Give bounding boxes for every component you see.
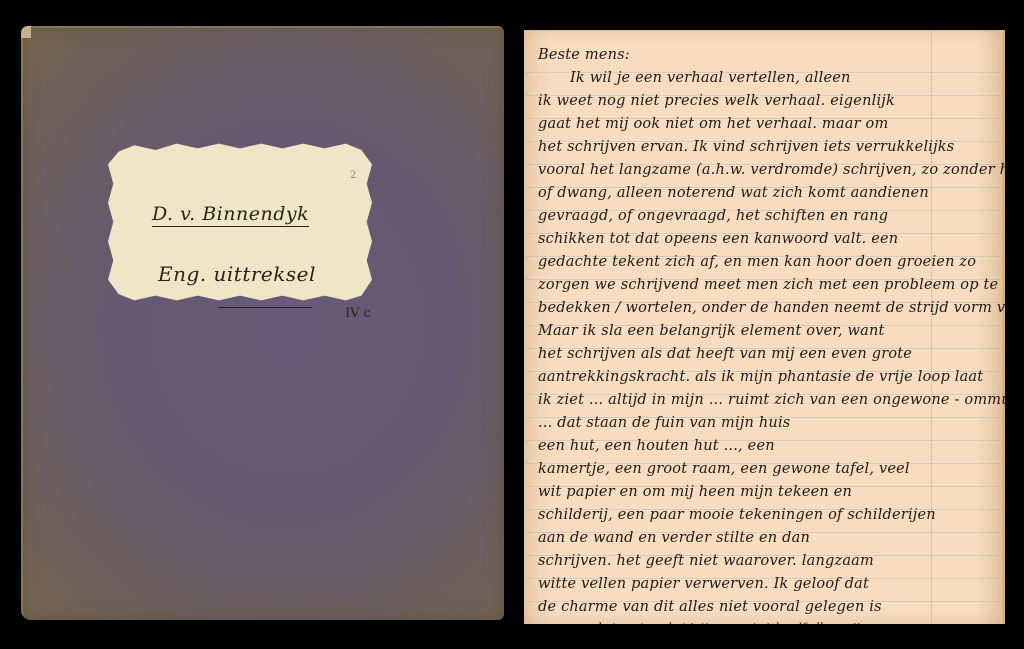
notebook-cover (21, 26, 504, 620)
text-line: het schrijven ervan. Ik vind schrijven i… (538, 136, 998, 159)
label-class: IV c (345, 306, 371, 321)
text-line: vooral het langzame (a.h.w. verdromde) s… (538, 159, 998, 182)
text-line: zorgen we schrijvend meet men zich met e… (538, 274, 998, 297)
text-line: kamertje, een groot raam, een gewone taf… (538, 458, 998, 481)
text-line: wit papier en om mij heen mijn tekeen en (538, 481, 998, 504)
text-line: ... dat staan de fuin van mijn huis (538, 412, 998, 435)
page-edge (1000, 30, 1005, 624)
text-line: gedachte tekent zich af, en men kan hoor… (538, 251, 998, 274)
text-line: aan de wand en verder stilte en dan (538, 527, 998, 550)
text-line: Maar ik sla een belangrijk element over,… (538, 320, 998, 343)
label-underline (218, 307, 312, 308)
text-line: of dwang, alleen noterend wat zich komt … (538, 182, 998, 205)
label-page-number: 2 (350, 170, 356, 181)
handwriting-body: Beste mens: Ik wil je een verhaal vertel… (538, 44, 998, 624)
text-line: bedekken / wortelen, onder de handen nee… (538, 297, 998, 320)
text-line: gevraagd, of ongevraagd, het schiften en… (538, 205, 998, 228)
text-line: witte vellen papier verwerven. Ik geloof… (538, 573, 998, 596)
text-line: de charme van dit alles niet vooral gele… (538, 596, 998, 619)
label-owner-name: D. v. Binnendyk (152, 203, 309, 227)
text-line: ik ziet ... altijd in mijn ... ruimt zic… (538, 389, 998, 412)
text-line: schikken tot dat opeens een kanwoord val… (538, 228, 998, 251)
text-line: gaat het mij ook niet om het verhaal. ma… (538, 113, 998, 136)
text-line: aantrekkingskracht. als ik mijn phantasi… (538, 366, 998, 389)
handwritten-page: Beste mens: Ik wil je een verhaal vertel… (524, 30, 1005, 624)
salutation: Beste mens: (538, 44, 998, 67)
text-line: het schrijven als dat heeft van mij een … (538, 343, 998, 366)
footnote-line: het gaat om het intieme met zich zelf al… (538, 619, 998, 624)
text-line: schrijven. het geeft niet waarover. lang… (538, 550, 998, 573)
text-line: Ik wil je een verhaal vertellen, alleen (538, 67, 998, 90)
label-subject: Eng. uittreksel (158, 262, 316, 286)
text-line: ik weet nog niet precies welk verhaal. e… (538, 90, 998, 113)
text-line: een hut, een houten hut ..., een (538, 435, 998, 458)
text-line: schilderij, een paar mooie tekeningen of… (538, 504, 998, 527)
